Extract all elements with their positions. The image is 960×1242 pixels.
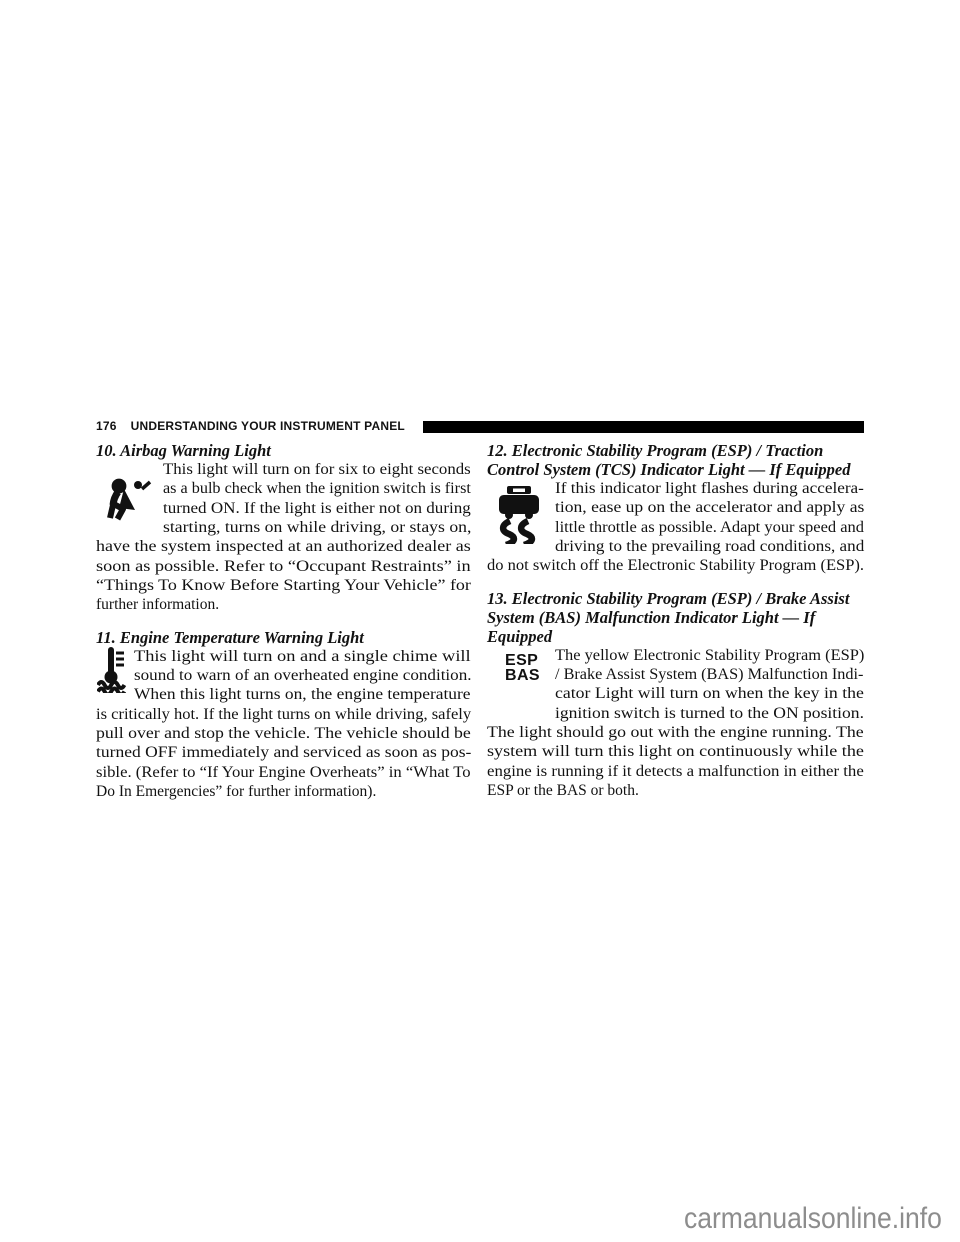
body-text: ignition switch is turned to the ON posi… [555, 704, 864, 723]
text-column-right: 12. Electronic Stability Program (ESP) /… [487, 441, 864, 802]
body-text: This light will turn on for six to eight… [163, 460, 471, 479]
section-heading-text: Control System (TCS) Indicator Light — I… [487, 460, 851, 479]
body-text-line: have the system inspected at an authoriz… [96, 537, 471, 556]
body-text-line: further information. [96, 595, 471, 614]
body-text: ESP or the BAS or both. [487, 781, 639, 800]
body-text-line: The light should go out with the engine … [487, 723, 864, 742]
esp-tcs-indicator-icon [493, 486, 545, 544]
section-heading-line: 13. Electronic Stability Program (ESP) /… [487, 589, 864, 608]
section-13: 13. Electronic Stability Program (ESP) /… [487, 589, 864, 801]
section-heading-line: 12. Electronic Stability Program (ESP) /… [487, 441, 864, 460]
section-10: 10. Airbag Warning LightThis light will … [96, 441, 471, 615]
body-text-line: ignition switch is turned to the ON posi… [555, 704, 864, 723]
engine-temperature-warning-icon [97, 646, 127, 693]
body-text: / Brake Assist System (BAS) Malfunction … [555, 665, 863, 684]
body-text: sound to warn of an overheated engine co… [134, 666, 472, 685]
body-text: turned OFF immediately and serviced as s… [96, 743, 471, 762]
body-text-line: The yellow Electronic Stability Program … [555, 646, 864, 665]
page-header: 176 UNDERSTANDING YOUR INSTRUMENT PANEL [96, 419, 864, 433]
airbag-warning-icon [107, 477, 153, 522]
manual-page: 176 UNDERSTANDING YOUR INSTRUMENT PANEL … [0, 0, 960, 1242]
body-text: do not switch off the Electronic Stabili… [487, 556, 864, 575]
body-text: tion, ease up on the accelerator and app… [555, 498, 864, 517]
text-columns: 10. Airbag Warning LightThis light will … [96, 441, 864, 802]
body-text: engine is running if it detects a malfun… [487, 762, 864, 781]
esp-bas-malfunction-icon: ESPBAS [505, 653, 540, 684]
body-text-line: is critically hot. If the light turns on… [96, 705, 471, 724]
body-text-line: do not switch off the Electronic Stabili… [487, 556, 864, 575]
section-body: This light will turn on and a single chi… [96, 647, 471, 802]
body-text-line: turned ON. If the light is either not on… [163, 499, 471, 518]
body-text: sible. (Refer to “If Your Engine Overhea… [96, 763, 471, 782]
body-text-line: Do In Emergencies” for further informati… [96, 782, 471, 801]
body-text-line: / Brake Assist System (BAS) Malfunction … [555, 665, 864, 684]
body-text: turned ON. If the light is either not on… [163, 499, 471, 518]
body-text: When this light turns on, the engine tem… [134, 685, 471, 704]
body-text-line: little throttle as possible. Adapt your … [555, 518, 864, 537]
page-header-title: UNDERSTANDING YOUR INSTRUMENT PANEL [131, 419, 405, 433]
body-text-line: When this light turns on, the engine tem… [134, 685, 471, 704]
section-heading-line: 11. Engine Temperature Warning Light [96, 628, 471, 647]
section-heading-line: Control System (TCS) Indicator Light — I… [487, 460, 864, 479]
section-heading-text: 10. Airbag Warning Light [96, 441, 271, 460]
body-text-line: “Things To Know Before Starting Your Veh… [96, 576, 471, 595]
body-text: Do In Emergencies” for further informati… [96, 782, 376, 801]
body-text: further information. [96, 595, 219, 614]
section-heading-text: 11. Engine Temperature Warning Light [96, 628, 364, 647]
body-text: as a bulb check when the ignition switch… [163, 479, 471, 498]
body-text-line: turned OFF immediately and serviced as s… [96, 743, 471, 762]
body-text: If this indicator light flashes during a… [555, 479, 864, 498]
section-body: ESPBASThe yellow Electronic Stability Pr… [487, 646, 864, 801]
body-text: soon as possible. Refer to “Occupant Res… [96, 557, 471, 576]
body-text: have the system inspected at an authoriz… [96, 537, 471, 556]
body-text: driving to the prevailing road condition… [555, 537, 864, 556]
body-text-line: starting, turns on while driving, or sta… [163, 518, 471, 537]
section-11: 11. Engine Temperature Warning LightThis… [96, 628, 471, 802]
body-text: system will turn this light on continuou… [487, 742, 864, 761]
page-number: 176 [96, 419, 117, 433]
esp-bas-word: ESP [505, 653, 540, 669]
text-column-left: 10. Airbag Warning LightThis light will … [96, 441, 471, 802]
body-text-line: cator Light will turn on when the key in… [555, 684, 864, 703]
body-text: cator Light will turn on when the key in… [555, 684, 864, 703]
section-heading-text: System (BAS) Malfunction Indicator Light… [487, 608, 815, 627]
watermark-text: carmanualsonline.info [650, 1202, 942, 1236]
body-text-line: soon as possible. Refer to “Occupant Res… [96, 557, 471, 576]
body-text-line: sound to warn of an overheated engine co… [134, 666, 471, 685]
body-text-line: as a bulb check when the ignition switch… [163, 479, 471, 498]
body-text-line: system will turn this light on continuou… [487, 742, 864, 761]
body-text-line: If this indicator light flashes during a… [555, 479, 864, 498]
esp-bas-word: BAS [505, 668, 540, 684]
section-heading-text: 13. Electronic Stability Program (ESP) /… [487, 589, 849, 608]
body-text-line: pull over and stop the vehicle. The vehi… [96, 724, 471, 743]
section-12: 12. Electronic Stability Program (ESP) /… [487, 441, 864, 576]
section-heading-line: Equipped [487, 627, 864, 646]
section-body: This light will turn on for six to eight… [96, 460, 471, 615]
section-heading-text: Equipped [487, 627, 552, 646]
body-text: pull over and stop the vehicle. The vehi… [96, 724, 471, 743]
body-text-line: ESP or the BAS or both. [487, 781, 864, 800]
section-body: If this indicator light flashes during a… [487, 479, 864, 576]
section-heading-line: System (BAS) Malfunction Indicator Light… [487, 608, 864, 627]
header-rule-bar [423, 421, 864, 433]
body-text: “Things To Know Before Starting Your Veh… [96, 576, 471, 595]
body-text-line: driving to the prevailing road condition… [555, 537, 864, 556]
body-text: The light should go out with the engine … [487, 723, 864, 742]
body-text: little throttle as possible. Adapt your … [555, 518, 864, 537]
watermark-label: carmanualsonline.info [684, 1202, 942, 1236]
body-text-line: This light will turn on and a single chi… [134, 647, 471, 666]
body-text-line: tion, ease up on the accelerator and app… [555, 498, 864, 517]
body-text: The yellow Electronic Stability Program … [555, 646, 864, 665]
body-text: This light will turn on and a single chi… [134, 647, 471, 666]
body-text-line: sible. (Refer to “If Your Engine Overhea… [96, 763, 471, 782]
section-heading-text: 12. Electronic Stability Program (ESP) /… [487, 441, 823, 460]
body-text: is critically hot. If the light turns on… [96, 705, 471, 724]
body-text: starting, turns on while driving, or sta… [163, 518, 471, 537]
body-text-line: This light will turn on for six to eight… [163, 460, 471, 479]
body-text-line: engine is running if it detects a malfun… [487, 762, 864, 781]
section-heading-line: 10. Airbag Warning Light [96, 441, 471, 460]
